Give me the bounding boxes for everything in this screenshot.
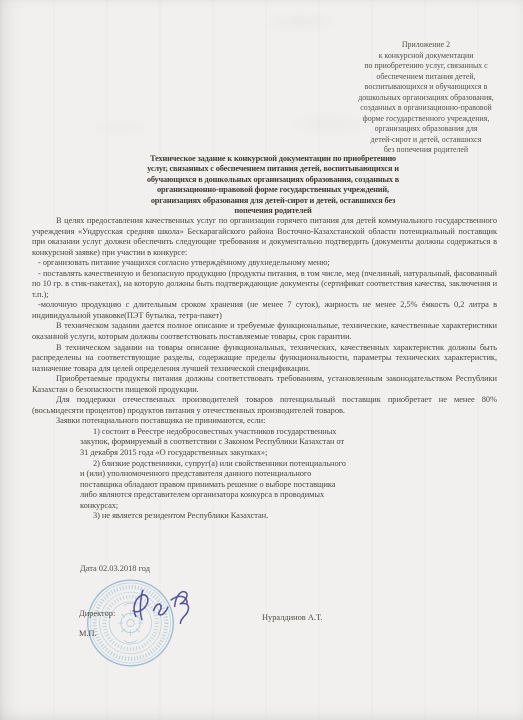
appendix-header-line: детей-сирот и детей, оставшихся [353,135,499,146]
appendix-header-line: дошкольных организациях образования, [353,93,499,104]
paragraph: 2) близкие родственники, супруг(а) или с… [80,459,348,512]
director-signature [124,580,196,633]
paragraph: - поставлять качественную и безопасную п… [32,269,497,301]
appendix-header-line: воспитывающихся и обучающихся в [353,82,499,93]
appendix-header-line: к конкурсной документации [353,51,499,62]
appendix-header-line: созданных в организационно-правовой [353,103,499,114]
appendix-header-line: организациях образования для [353,124,499,135]
seal-place-label: М.П. [79,629,97,638]
paragraph: - организовать питание учащихся согласно… [32,258,497,269]
paragraph: -молочную продукцию с длительным сроком … [32,300,497,321]
paragraph: В техническом задании дается полное опис… [32,321,497,342]
paragraph: В целях предоставления качественных услу… [32,216,497,258]
official-seal-stamp-icon [82,577,179,669]
paragraph: Для поддержки отечественных производител… [32,395,497,416]
appendix-header-line: форме государственного учреждения, [353,114,499,125]
paragraph: Заявки потенциального поставщика не прин… [32,416,497,427]
appendix-header-line: обеспечением питания детей, [353,72,499,83]
document-body: В целях предоставления качественных услу… [32,216,497,522]
appendix-header-line: Приложение 2 [353,40,499,51]
paragraph: Приобретаемые продукты питания должны со… [32,374,497,395]
paragraph: 3) не является резидентом Республики Каз… [80,511,348,522]
document-date: Дата 02.03.2018 год [80,564,150,573]
paragraph: В техническом задании на товары описание… [32,343,497,375]
appendix-header-block: Приложение 2к конкурсной документациипо … [353,40,499,156]
director-label: Директор: [79,609,115,618]
scanned-document-page: Приложение 2к конкурсной документациипо … [0,0,523,720]
document-title: Техническое задание к конкурсной докумен… [142,154,404,216]
appendix-header-line: по приобретению услуг, связанных с [353,61,499,72]
paragraph: 1) состоит в Реестре недобросовестных уч… [80,427,348,459]
director-name: Нуралдинов А.Т. [262,613,322,622]
